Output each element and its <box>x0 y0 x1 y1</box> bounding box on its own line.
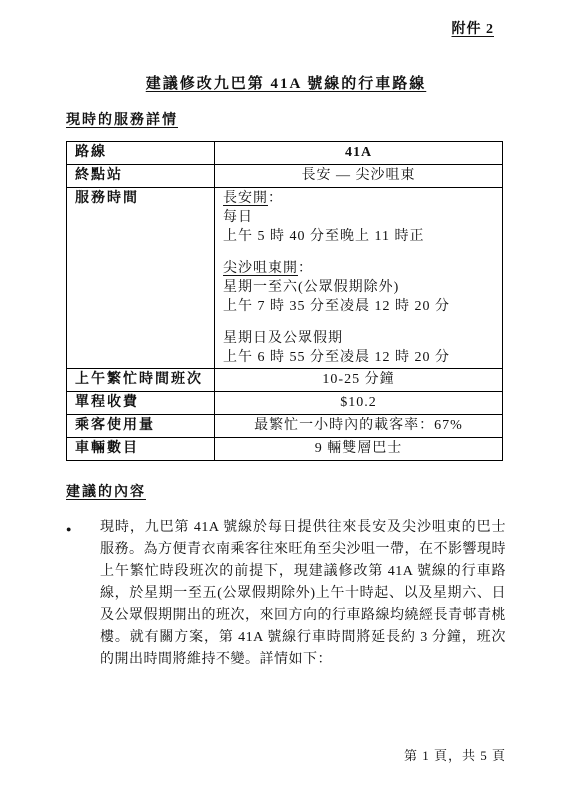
schedule-days: 星期一至六(公眾假期除外) <box>223 278 494 297</box>
route-value: 41A <box>215 142 503 165</box>
table-row-service-hours: 服務時間 長安開： 每日 上午 5 時 40 分至晚上 11 時正 尖沙咀東開：… <box>67 188 503 369</box>
origin-heading: 長安開： <box>223 189 494 208</box>
origin-name: 尖沙咀東開 <box>223 261 298 276</box>
annex-text: 附件 2 <box>452 22 495 37</box>
proposal-bullet-item: ● 現時，九巴第 41A 號線於每日提供往來長安及尖沙咀東的巴士服務。為方便青衣… <box>66 517 506 671</box>
fare-value: $10.2 <box>215 392 503 415</box>
table-row-patronage: 乘客使用量 最繁忙一小時內的載客率：67% <box>67 415 503 438</box>
document-page: 附件 2 建議修改九巴第 41A 號線的行車路線 現時的服務詳情 路線 41A … <box>0 0 566 800</box>
section-heading-proposal: 建議的內容 <box>66 481 506 501</box>
section-heading-current-service: 現時的服務詳情 <box>66 109 506 129</box>
fleet-label: 車輛數目 <box>67 438 215 461</box>
origin-heading: 尖沙咀東開： <box>223 259 494 278</box>
bullet-icon: ● <box>66 517 100 540</box>
table-row-headway: 上午繁忙時間班次 10-25 分鐘 <box>67 369 503 392</box>
termini-value: 長安 — 尖沙咀東 <box>215 165 503 188</box>
schedule-time: 上午 7 時 35 分至凌晨 12 時 20 分 <box>223 297 494 316</box>
service-hours-cell: 長安開： 每日 上午 5 時 40 分至晚上 11 時正 尖沙咀東開： 星期一至… <box>215 188 503 369</box>
schedule-time: 上午 5 時 40 分至晚上 11 時正 <box>223 227 494 246</box>
headway-label: 上午繁忙時間班次 <box>67 369 215 392</box>
termini-label: 終點站 <box>67 165 215 188</box>
route-label: 路線 <box>67 142 215 165</box>
fare-label: 單程收費 <box>67 392 215 415</box>
service-hours-label: 服務時間 <box>67 188 215 369</box>
table-row-route: 路線 41A <box>67 142 503 165</box>
table-row-fleet: 車輛數目 9 輛雙層巴士 <box>67 438 503 461</box>
table-row-fare: 單程收費 $10.2 <box>67 392 503 415</box>
spacer <box>223 316 494 329</box>
origin-name: 長安開 <box>223 191 268 206</box>
patronage-label: 乘客使用量 <box>67 415 215 438</box>
schedule-days: 每日 <box>223 208 494 227</box>
patronage-value: 最繁忙一小時內的載客率：67% <box>215 415 503 438</box>
schedule-days: 星期日及公眾假期 <box>223 329 494 348</box>
service-details-table: 路線 41A 終點站 長安 — 尖沙咀東 服務時間 長安開： 每日 上午 5 時… <box>66 141 503 461</box>
table-row-termini: 終點站 長安 — 尖沙咀東 <box>67 165 503 188</box>
page-title: 建議修改九巴第 41A 號線的行車路線 <box>66 72 506 93</box>
service-hours-tst-east: 尖沙咀東開： 星期一至六(公眾假期除外) 上午 7 時 35 分至凌晨 12 時… <box>223 259 494 367</box>
origin-colon: ： <box>298 261 313 276</box>
page-number: 第 1 頁，共 5 頁 <box>404 745 506 764</box>
origin-colon: ： <box>268 191 283 206</box>
service-hours-cheung-on: 長安開： 每日 上午 5 時 40 分至晚上 11 時正 <box>223 189 494 246</box>
annex-label: 附件 2 <box>66 18 494 38</box>
proposal-paragraph: 現時，九巴第 41A 號線於每日提供往來長安及尖沙咀東的巴士服務。為方便青衣南乘… <box>100 517 506 671</box>
headway-value: 10-25 分鐘 <box>215 369 503 392</box>
fleet-value: 9 輛雙層巴士 <box>215 438 503 461</box>
schedule-time: 上午 6 時 55 分至凌晨 12 時 20 分 <box>223 348 494 367</box>
